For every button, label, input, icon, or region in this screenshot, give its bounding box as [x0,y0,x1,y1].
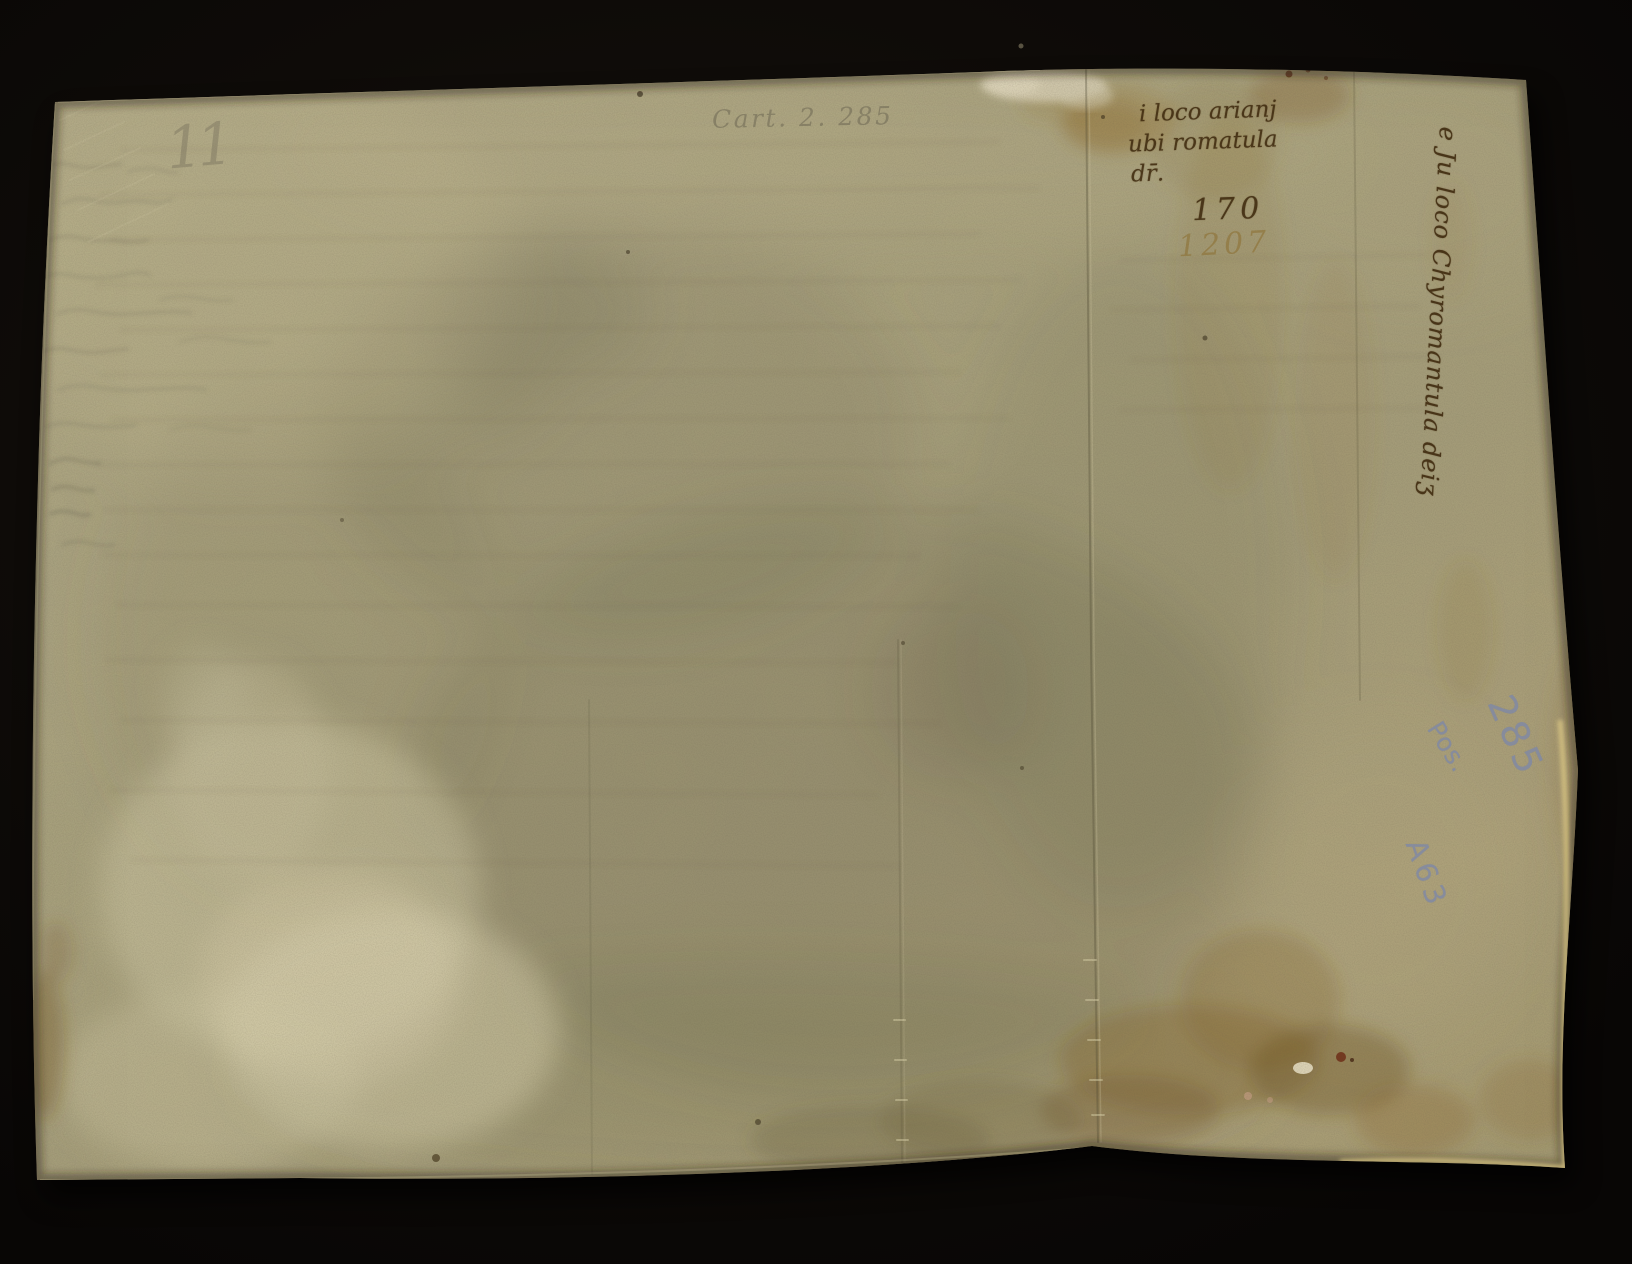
parchment-artwork [0,0,1632,1264]
parchment-surface-detail [0,0,1632,1264]
dust-fleck [1019,44,1024,49]
archival-parchment-photo: 11 Cart. 2. 285 i loco arianj ubi romatu… [0,0,1632,1264]
